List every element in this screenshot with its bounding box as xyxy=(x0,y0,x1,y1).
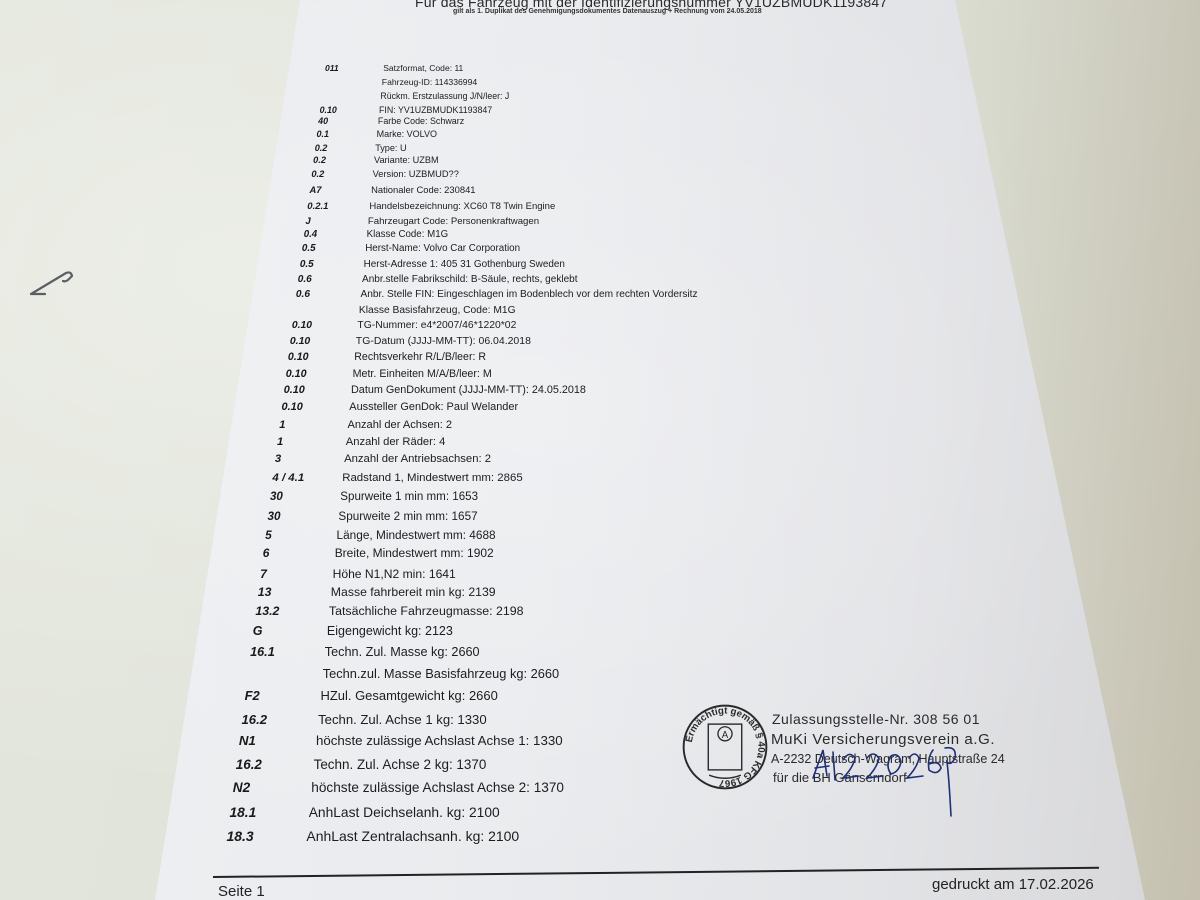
field-code: 0.10 xyxy=(288,351,309,363)
field-value: AnhLast Zentralachsanh. kg: 2100 xyxy=(306,828,519,844)
field-code: N1 xyxy=(239,733,256,748)
field-code: 1 xyxy=(277,436,283,448)
official-stamp: Ermächtigt gemäß § 40a KFG 1967 A xyxy=(681,703,769,791)
field-value: Handelsbezeichnung: XC60 T8 Twin Engine xyxy=(369,201,555,212)
field-value: höchste zulässige Achslast Achse 1: 1330 xyxy=(316,733,563,748)
field-code: 0.5 xyxy=(302,243,316,254)
field-value: Höhe N1,N2 min: 1641 xyxy=(333,567,456,581)
paperclip-icon xyxy=(28,268,78,298)
field-code: 18.1 xyxy=(229,805,256,820)
field-value: Klasse Basisfahrzeug, Code: M1G xyxy=(359,305,516,316)
page-number: Seite 1 xyxy=(218,883,265,900)
field-code: 0.5 xyxy=(300,259,314,270)
field-code: 0.10 xyxy=(284,384,305,396)
field-value: Variante: UZBM xyxy=(374,155,439,165)
field-value: Masse fahrbereit min kg: 2139 xyxy=(331,585,496,599)
field-value: Spurweite 2 min mm: 1657 xyxy=(338,510,477,523)
field-value: Version: UZBMUD?? xyxy=(373,169,459,179)
field-code: 40 xyxy=(318,116,328,126)
field-value: Anbr.stelle Fabrikschild: B-Säule, recht… xyxy=(362,274,578,285)
field-code: 1 xyxy=(279,419,285,431)
field-value: Techn. Zul. Masse kg: 2660 xyxy=(325,645,480,659)
field-value: FIN: YV1UZBMUDK1193847 xyxy=(379,105,492,115)
stamp-emblem: A xyxy=(722,730,729,741)
field-value: Breite, Mindestwert mm: 1902 xyxy=(335,546,494,560)
field-code: 0.4 xyxy=(304,229,318,240)
field-code: 3 xyxy=(275,453,281,465)
field-code: 0.2 xyxy=(315,143,328,153)
field-value: Anzahl der Achsen: 2 xyxy=(348,419,453,431)
field-code: G xyxy=(253,624,263,638)
field-value: Techn. Zul. Achse 1 kg: 1330 xyxy=(318,712,487,727)
field-value: Spurweite 1 min mm: 1653 xyxy=(340,491,478,503)
field-code: 13.2 xyxy=(255,604,279,618)
field-code: 0.2 xyxy=(311,169,324,179)
field-value: TG-Datum (JJJJ-MM-TT): 06.04.2018 xyxy=(356,336,531,347)
field-code: 0.10 xyxy=(290,336,310,347)
field-value: höchste zulässige Achslast Achse 2: 1370 xyxy=(311,780,564,795)
field-code: 6 xyxy=(263,546,270,560)
field-code: J xyxy=(305,216,310,227)
field-value: Nationaler Code: 230841 xyxy=(371,184,475,195)
field-value: Anzahl der Antriebsachsen: 2 xyxy=(344,453,491,465)
field-code: 011 xyxy=(325,63,339,73)
field-value: Länge, Mindestwert mm: 4688 xyxy=(337,528,496,542)
field-code: F2 xyxy=(245,688,260,703)
field-code: 0.1 xyxy=(317,129,330,139)
field-value: Herst-Adresse 1: 405 31 Gothenburg Swede… xyxy=(364,259,565,270)
field-value: Rückm. Erstzulassung J/N/leer: J xyxy=(380,91,509,101)
print-date: gedruckt am 17.02.2026 xyxy=(932,876,1094,893)
document-subtitle: gilt als 1. Duplikat des Genehmigungsdok… xyxy=(453,8,762,15)
field-value: Type: U xyxy=(375,143,406,153)
field-value: Metr. Einheiten M/A/B/leer: M xyxy=(353,368,492,380)
field-value: Datum GenDokument (JJJJ-MM-TT): 24.05.20… xyxy=(351,384,586,396)
field-code: 0.6 xyxy=(296,289,310,300)
stamp-line: Zulassungsstelle-Nr. 308 56 01 xyxy=(772,711,980,727)
field-value: TG-Nummer: e4*2007/46*1220*02 xyxy=(357,320,516,331)
field-code: 0.2.1 xyxy=(307,201,328,212)
field-value: Aussteller GenDok: Paul Welander xyxy=(349,401,518,413)
field-value: Klasse Code: M1G xyxy=(367,229,449,240)
field-code: 0.6 xyxy=(298,274,312,285)
field-value: Anbr. Stelle FIN: Eingeschlagen im Boden… xyxy=(361,289,698,300)
field-value: Satzformat, Code: 11 xyxy=(383,63,463,73)
field-code: 4 / 4.1 xyxy=(272,472,304,484)
field-value: Radstand 1, Mindestwert mm: 2865 xyxy=(342,472,523,484)
field-code: 7 xyxy=(260,567,267,581)
field-code: 0.10 xyxy=(282,401,303,413)
field-value: Fahrzeug-ID: 114336994 xyxy=(382,77,477,87)
field-code: N2 xyxy=(233,780,250,795)
field-code: 16.1 xyxy=(250,645,275,659)
field-value: Farbe Code: Schwarz xyxy=(378,116,464,126)
field-code: 0.10 xyxy=(320,105,337,115)
field-code: A7 xyxy=(309,184,321,195)
field-code: 13 xyxy=(258,585,272,599)
field-value: AnhLast Deichselanh. kg: 2100 xyxy=(309,805,500,820)
field-code: 18.3 xyxy=(227,828,254,844)
field-code: 0.10 xyxy=(286,368,307,380)
field-value: Anzahl der Räder: 4 xyxy=(346,436,446,448)
field-value: Tatsächliche Fahrzeugmasse: 2198 xyxy=(329,604,524,618)
field-code: 0.10 xyxy=(292,320,312,331)
field-value: Techn.zul. Masse Basisfahrzeug kg: 2660 xyxy=(323,666,559,681)
field-code: 30 xyxy=(268,510,281,523)
field-value: Techn. Zul. Achse 2 kg: 1370 xyxy=(314,757,487,772)
field-code: 5 xyxy=(265,528,272,542)
field-code: 16.2 xyxy=(236,757,262,772)
field-value: Rechtsverkehr R/L/B/leer: R xyxy=(354,351,486,363)
field-value: HZul. Gesamtgewicht kg: 2660 xyxy=(321,688,498,703)
field-value: Marke: VOLVO xyxy=(377,129,437,139)
field-value: Eigengewicht kg: 2123 xyxy=(327,624,453,638)
field-code: 30 xyxy=(270,491,283,503)
field-code: 16.2 xyxy=(242,712,268,727)
handwritten-signature xyxy=(805,738,965,818)
field-value: Fahrzeugart Code: Personenkraftwagen xyxy=(368,216,539,227)
field-value: Herst-Name: Volvo Car Corporation xyxy=(365,243,520,254)
field-code: 0.2 xyxy=(313,155,326,165)
